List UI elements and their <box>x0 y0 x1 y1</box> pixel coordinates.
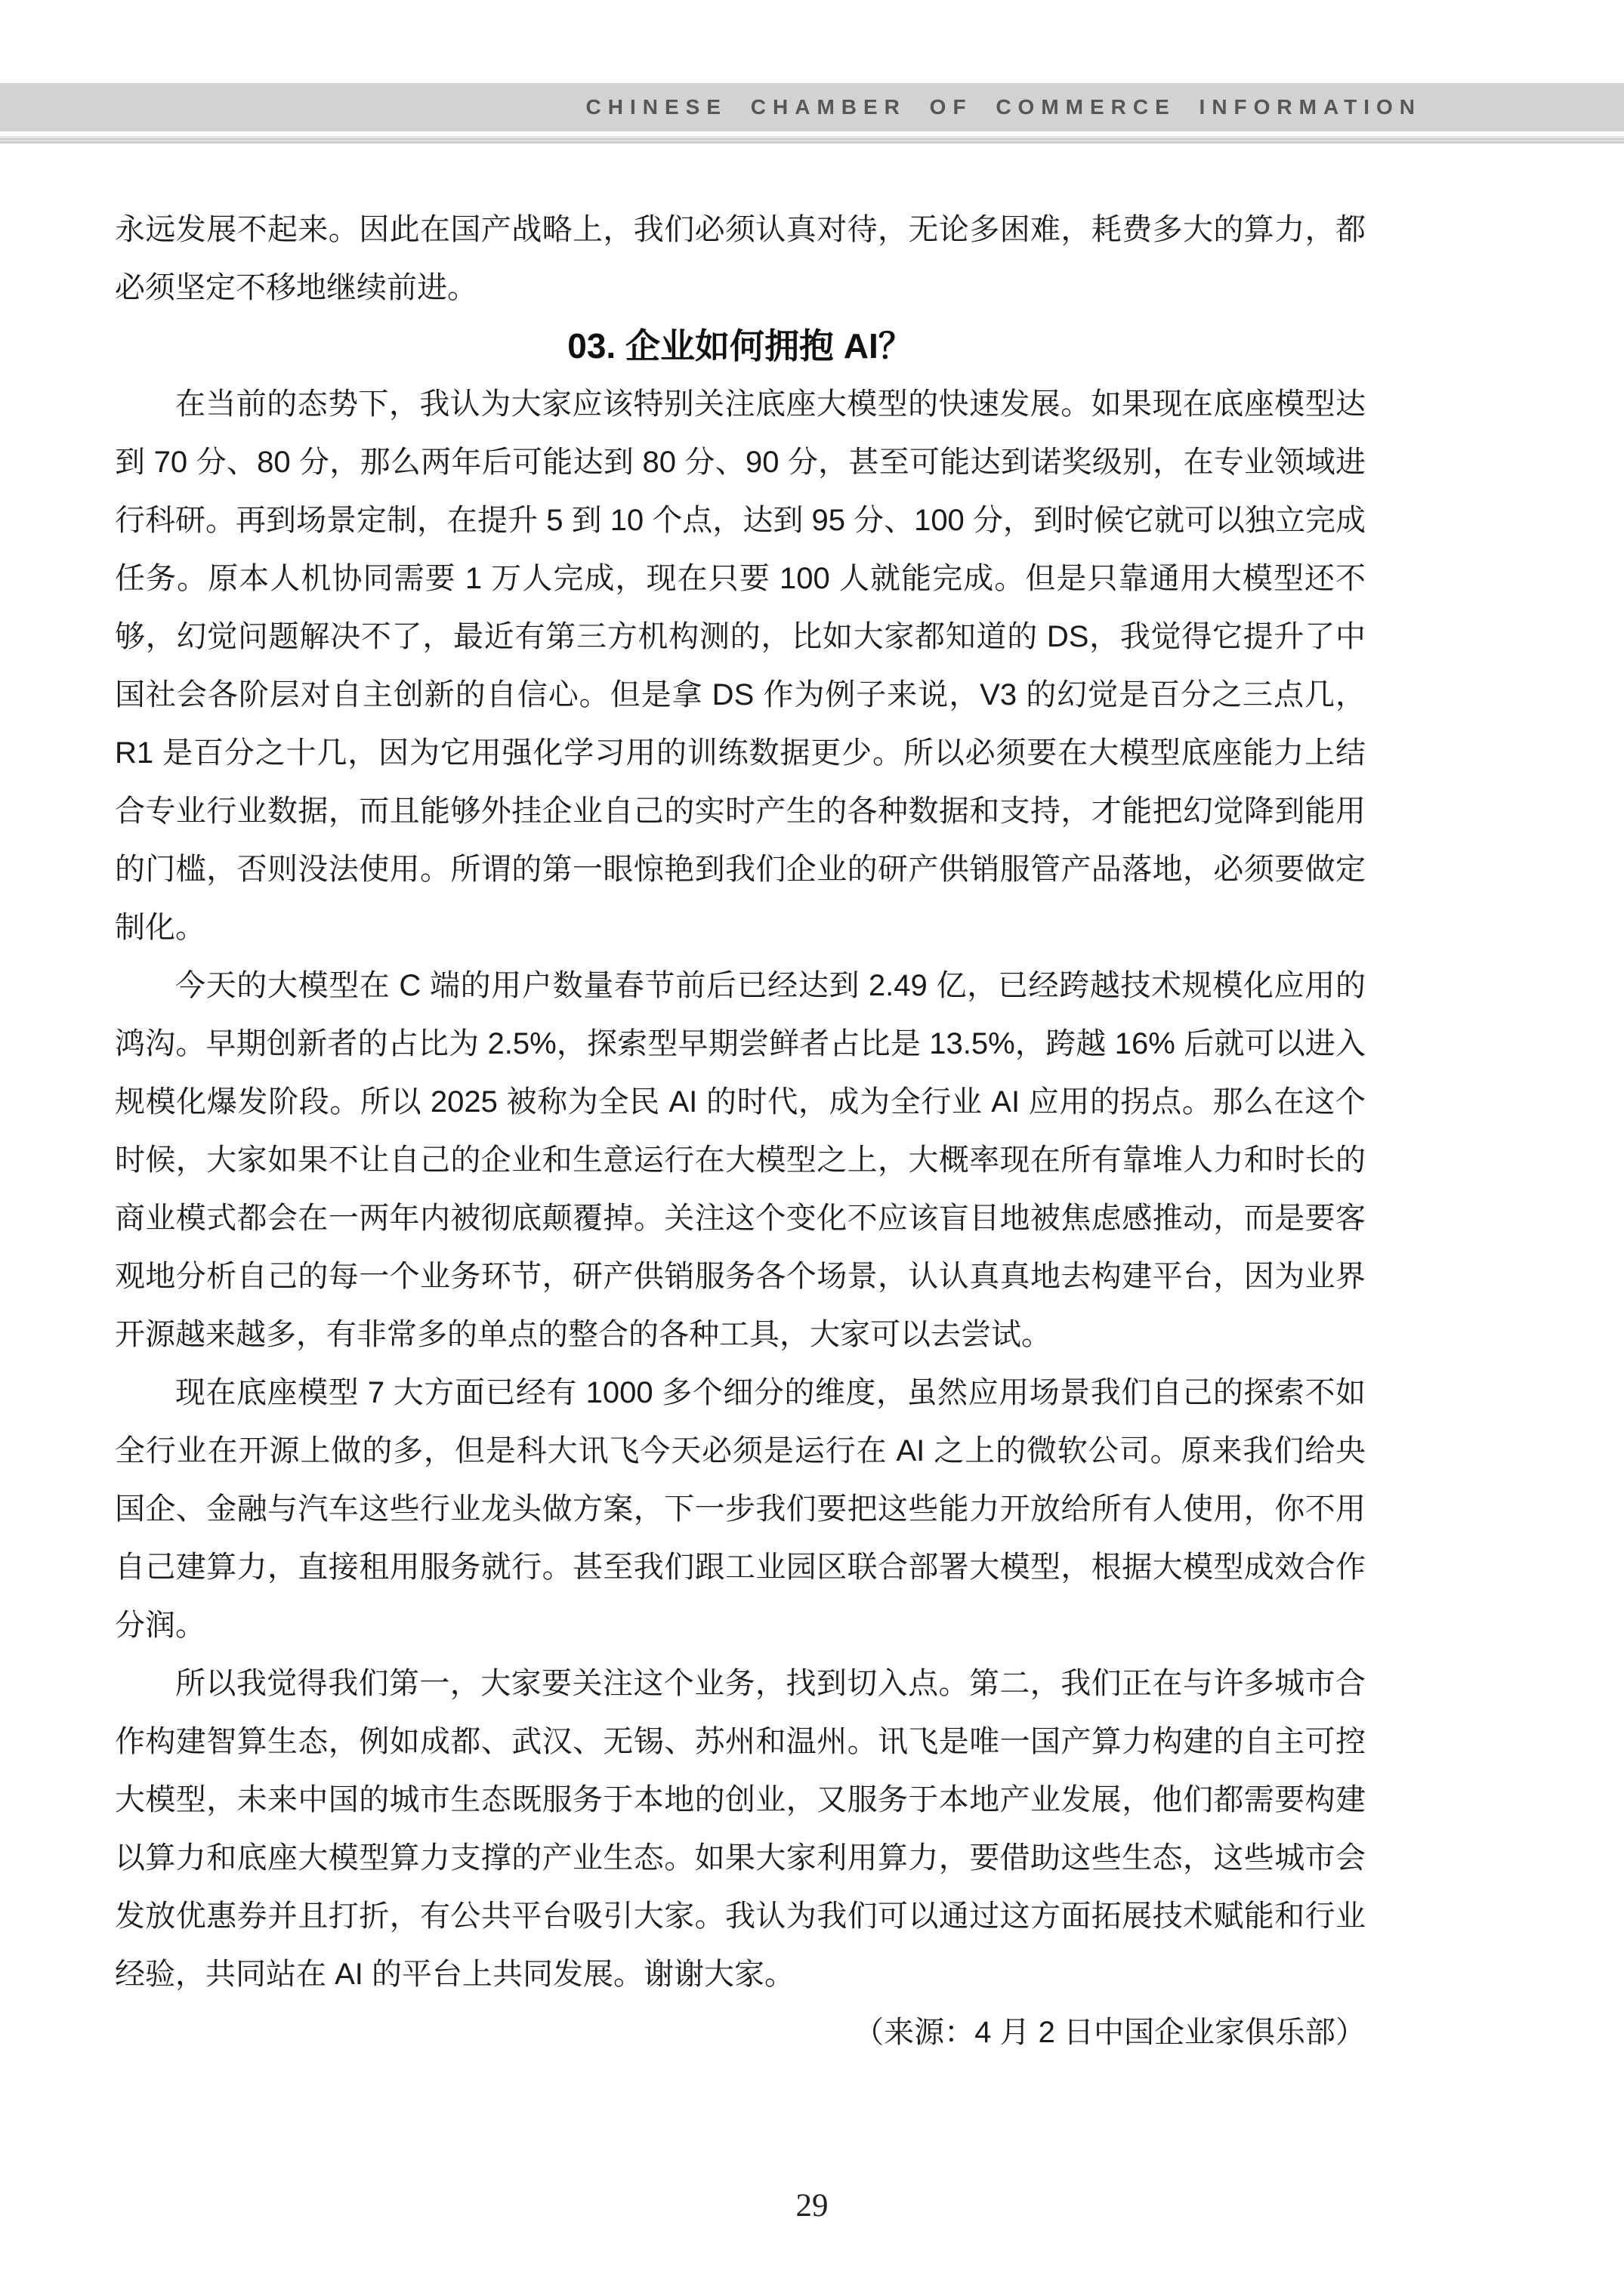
body-paragraph: 今天的大模型在 C 端的用户数量春节前后已经达到 2.49 亿，已经跨越技术规模… <box>115 957 1366 1364</box>
header-stripe-divider <box>0 136 1624 144</box>
section-heading: 03. 企业如何拥抱 AI？ <box>115 317 1366 375</box>
header-banner: CHINESE CHAMBER OF COMMERCE INFORMATION <box>0 83 1624 131</box>
body-paragraph: 现在底座模型 7 大方面已经有 1000 多个细分的维度，虽然应用场景我们自己的… <box>115 1364 1366 1655</box>
body-paragraph: 在当前的态势下，我认为大家应该特别关注底座大模型的快速发展。如果现在底座模型达到… <box>115 375 1366 957</box>
page-number: 29 <box>0 2187 1624 2224</box>
body-paragraph: 所以我觉得我们第一，大家要关注这个业务，找到切入点。第二，我们正在与许多城市合作… <box>115 1655 1366 2004</box>
document-body: 永远发展不起来。因此在国产战略上，我们必须认真对待，无论多困难，耗费多大的算力，… <box>115 201 1366 2062</box>
header-banner-title: CHINESE CHAMBER OF COMMERCE INFORMATION <box>586 95 1422 119</box>
leading-paragraph: 永远发展不起来。因此在国产战略上，我们必须认真对待，无论多困难，耗费多大的算力，… <box>115 201 1366 317</box>
source-attribution: （来源：4 月 2 日中国企业家俱乐部） <box>115 2004 1366 2062</box>
